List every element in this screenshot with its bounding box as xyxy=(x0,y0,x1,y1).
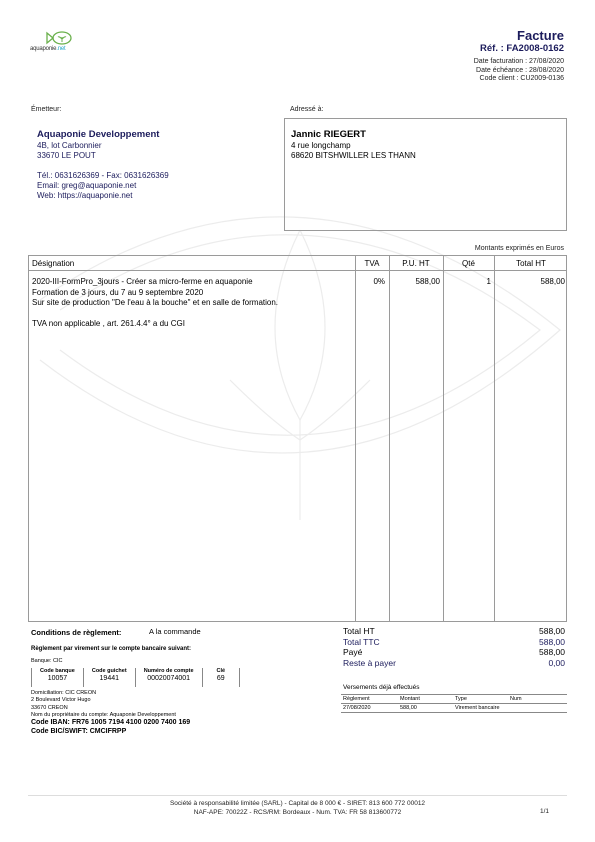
totals: Total HT588,00 Total TTC588,00 Payé588,0… xyxy=(343,626,565,668)
description-line: TVA non applicable , art. 261.4.4° a du … xyxy=(32,319,278,330)
row-tva: 0% xyxy=(355,277,385,286)
recipient-name: Jannic RIEGERT xyxy=(291,129,366,140)
iban-block: Code IBAN: FR76 1005 7194 4100 0200 7400… xyxy=(31,719,190,736)
emitter-details: 4B, lot Carbonnier 33670 LE POUT Tél.: 0… xyxy=(37,141,169,201)
payment-conditions-value: A la commande xyxy=(149,627,201,636)
logo-suffix: .net xyxy=(56,46,65,52)
footer-divider xyxy=(28,795,567,796)
bank-address-2: 33670 CREON xyxy=(31,705,176,712)
emitter-address-1: 4B, lot Carbonnier xyxy=(37,141,169,151)
recipient-address-1: 4 rue longchamp xyxy=(291,141,416,151)
payment-conditions-label: Conditions de règlement: xyxy=(31,628,121,637)
emitter-name: Aquaponie Developpement xyxy=(37,129,159,140)
recipient-address-2: 68620 BITSHWILLER LES THANN xyxy=(291,151,416,161)
key-value: 69 xyxy=(217,675,226,682)
bank-transfer-title: Règlement par virement sur le compte ban… xyxy=(31,646,191,652)
bank-name: Banque: CIC xyxy=(31,658,63,664)
invoice-reference: Réf. : FA2008-0162 xyxy=(480,43,564,54)
emitter-address-2: 33670 LE POUT xyxy=(37,151,169,161)
recipient-details: 4 rue longchamp 68620 BITSHWILLER LES TH… xyxy=(291,141,416,161)
row-pu-ht: 588,00 xyxy=(389,277,440,286)
footer-line-2: NAF-APE: 70022Z - RCS/RM: Bordeaux - Num… xyxy=(0,808,595,817)
total-ttc-label: Total TTC xyxy=(343,637,380,648)
paid-label: Payé xyxy=(343,647,362,658)
account-number-header: Numéro de compte xyxy=(144,668,194,674)
description-line: Formation de 3 jours, du 7 au 9 septembr… xyxy=(32,288,278,299)
client-code: Code client : CU2009-0136 xyxy=(474,75,564,84)
header-tva: TVA xyxy=(355,259,389,268)
payments-done-table: Règlement Montant Type Num 27/08/2020 58… xyxy=(341,694,567,713)
footer-legal: Société à responsabilité limitée (SARL) … xyxy=(0,799,595,817)
emitter-email: Email: greg@aquaponie.net xyxy=(37,181,169,191)
row-total-ht: 588,00 xyxy=(494,277,565,286)
total-ht-value: 588,00 xyxy=(539,626,565,637)
header-pu-ht: P.U. HT xyxy=(389,259,443,268)
footer-line-1: Société à responsabilité limitée (SARL) … xyxy=(0,799,595,808)
emitter-label: Émetteur: xyxy=(31,106,61,113)
invoice-meta: Date facturation : 27/08/2020 Date échéa… xyxy=(474,58,564,84)
header-designation: Désignation xyxy=(32,259,74,268)
recipient-label: Adressé à: xyxy=(290,106,323,113)
bic: Code BIC/SWIFT: CMCIFRPP xyxy=(31,728,190,737)
total-ttc-value: 588,00 xyxy=(539,637,565,648)
remaining-value: 0,00 xyxy=(548,658,565,669)
emitter-phone: Tél.: 0631626369 - Fax: 0631626369 xyxy=(37,171,169,181)
bank-code-header: Code banque xyxy=(40,668,75,674)
payments-done-title: Versements déjà effectués xyxy=(343,684,419,691)
domiciliation: Domiciliation: CIC CREON xyxy=(31,690,176,697)
bank-details-table: Code banque10057 Code guichet19441 Numér… xyxy=(31,668,240,687)
document-title: Facture xyxy=(517,28,564,43)
company-logo: aquaponie.net xyxy=(30,30,90,56)
due-date: Date échéance : 28/08/2020 xyxy=(474,67,564,76)
payments-header-row: Règlement Montant Type Num xyxy=(341,694,567,704)
total-ht-label: Total HT xyxy=(343,626,375,637)
table-row: 27/08/2020 588,00 Virement bancaire xyxy=(341,704,567,713)
currency-note: Montants exprimés en Euros xyxy=(475,245,564,252)
line-items-table: Désignation TVA P.U. HT Qté Total HT 202… xyxy=(28,255,567,622)
paid-value: 588,00 xyxy=(539,647,565,658)
emitter-web: Web: https://aquaponie.net xyxy=(37,191,169,201)
branch-code-header: Code guichet xyxy=(92,668,127,674)
header-qty: Qté xyxy=(443,259,494,268)
header-total-ht: Total HT xyxy=(494,259,568,268)
account-number-value: 00020074001 xyxy=(144,675,194,682)
iban: Code IBAN: FR76 1005 7194 4100 0200 7400… xyxy=(31,719,190,728)
invoice-date: Date facturation : 27/08/2020 xyxy=(474,58,564,67)
fish-leaf-logo-icon xyxy=(30,30,90,46)
bank-address-1: 2 Boulevard Victor Hugo xyxy=(31,697,176,704)
bank-address: Domiciliation: CIC CREON 2 Boulevard Vic… xyxy=(31,690,176,719)
bank-code-value: 10057 xyxy=(40,675,75,682)
key-header: Clé xyxy=(217,668,226,674)
row-qty: 1 xyxy=(443,277,491,286)
description-line: 2020-III-FormPro_3jours - Créer sa micro… xyxy=(32,277,278,288)
page-number: 1/1 xyxy=(540,808,549,815)
remaining-label: Reste à payer xyxy=(343,658,396,669)
logo-name: aquaponie xyxy=(30,46,56,52)
description-line: Sur site de production "De l'eau à la bo… xyxy=(32,298,278,309)
branch-code-value: 19441 xyxy=(92,675,127,682)
table-row-description: 2020-III-FormPro_3jours - Créer sa micro… xyxy=(32,277,278,330)
